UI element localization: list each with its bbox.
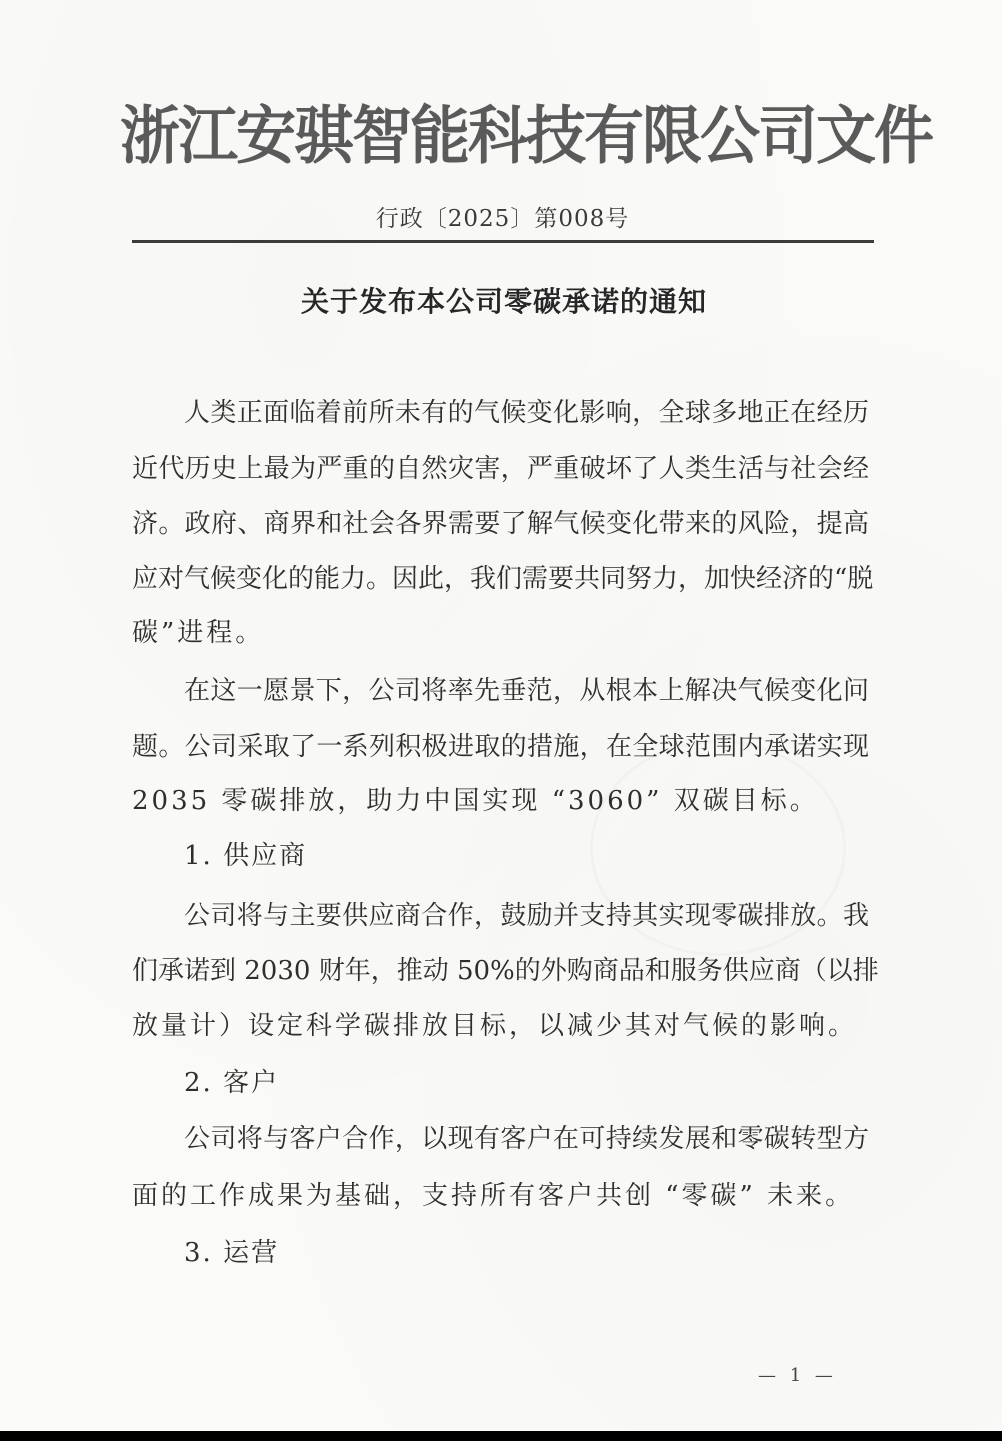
letterhead-char: 限 bbox=[642, 86, 700, 176]
body-text-line: 2035 零碳排放，助力中国实现 “3060” 双碳目标。 bbox=[132, 784, 869, 818]
body-text-line: 在这一愿景下，公司将率先垂范，从根本上解决气候变化问 bbox=[184, 674, 869, 708]
section-heading: 1. 供应商 bbox=[184, 839, 869, 873]
notice-title-text: 关于发布本公司零碳承诺的通知 bbox=[301, 280, 707, 320]
document-number: 行政〔2025〕第008号 bbox=[0, 200, 1002, 233]
page-number: — 1 — bbox=[758, 1365, 837, 1386]
letterhead-char: 能 bbox=[410, 86, 468, 176]
section-heading: 3. 运营 bbox=[184, 1236, 869, 1270]
body-text-line: 公司将与客户合作，以现有客户在可持续发展和零碳转型方 bbox=[184, 1122, 869, 1156]
body-text-line: 近代历史上最为严重的自然灾害，严重破坏了人类生活与社会经 bbox=[132, 452, 869, 486]
body-text-line: 公司将与主要供应商合作，鼓励并支持其实现零碳排放。我 bbox=[184, 899, 869, 933]
section-heading: 2. 客户 bbox=[184, 1066, 869, 1100]
letterhead-char: 智 bbox=[352, 86, 410, 176]
header-divider bbox=[132, 240, 874, 243]
body-text-line: 们承诺到 2030 财年，推动 50%的外购商品和服务供应商（以排 bbox=[132, 954, 869, 988]
document-page: 浙 江 安 骐 智 能 科 技 有 限 公 司 文 件 行政〔2025〕第008… bbox=[0, 0, 1002, 1431]
letterhead-char: 技 bbox=[526, 86, 584, 176]
letterhead-char: 件 bbox=[874, 86, 932, 176]
letterhead-char: 科 bbox=[468, 86, 526, 176]
body-text-line: 放量计）设定科学碳排放目标，以减少其对气候的影响。 bbox=[132, 1009, 869, 1043]
body-text-line: 题。公司采取了一系列积极进取的措施，在全球范围内承诺实现 bbox=[132, 730, 869, 764]
letterhead-char: 江 bbox=[178, 86, 236, 176]
letterhead-title: 浙 江 安 骐 智 能 科 技 有 限 公 司 文 件 bbox=[120, 94, 890, 168]
letterhead-char: 公 bbox=[700, 86, 758, 176]
body-text-line: 济。政府、商界和社会各界需要了解气候变化带来的风险，提高 bbox=[132, 507, 869, 541]
body-text-line: 面的工作成果为基础，支持所有客户共创 “零碳” 未来。 bbox=[132, 1179, 869, 1213]
notice-title: 关于发布本公司零碳承诺的通知 bbox=[0, 280, 1002, 320]
body-text-line: 人类正面临着前所未有的气候变化影响，全球多地正在经历 bbox=[184, 396, 869, 430]
letterhead-char: 骐 bbox=[294, 86, 352, 176]
letterhead-char: 文 bbox=[816, 86, 874, 176]
letterhead-char: 有 bbox=[584, 86, 642, 176]
body-text-line: 碳”进程。 bbox=[132, 616, 869, 650]
letterhead-char: 安 bbox=[236, 86, 294, 176]
scan-edge bbox=[0, 1431, 1002, 1441]
letterhead-char: 司 bbox=[758, 86, 816, 176]
letterhead-char: 浙 bbox=[120, 86, 178, 176]
document-number-text: 行政〔2025〕第008号 bbox=[376, 200, 629, 233]
body-text-line: 应对气候变化的能力。因此，我们需要共同努力，加快经济的“脱 bbox=[132, 562, 869, 596]
